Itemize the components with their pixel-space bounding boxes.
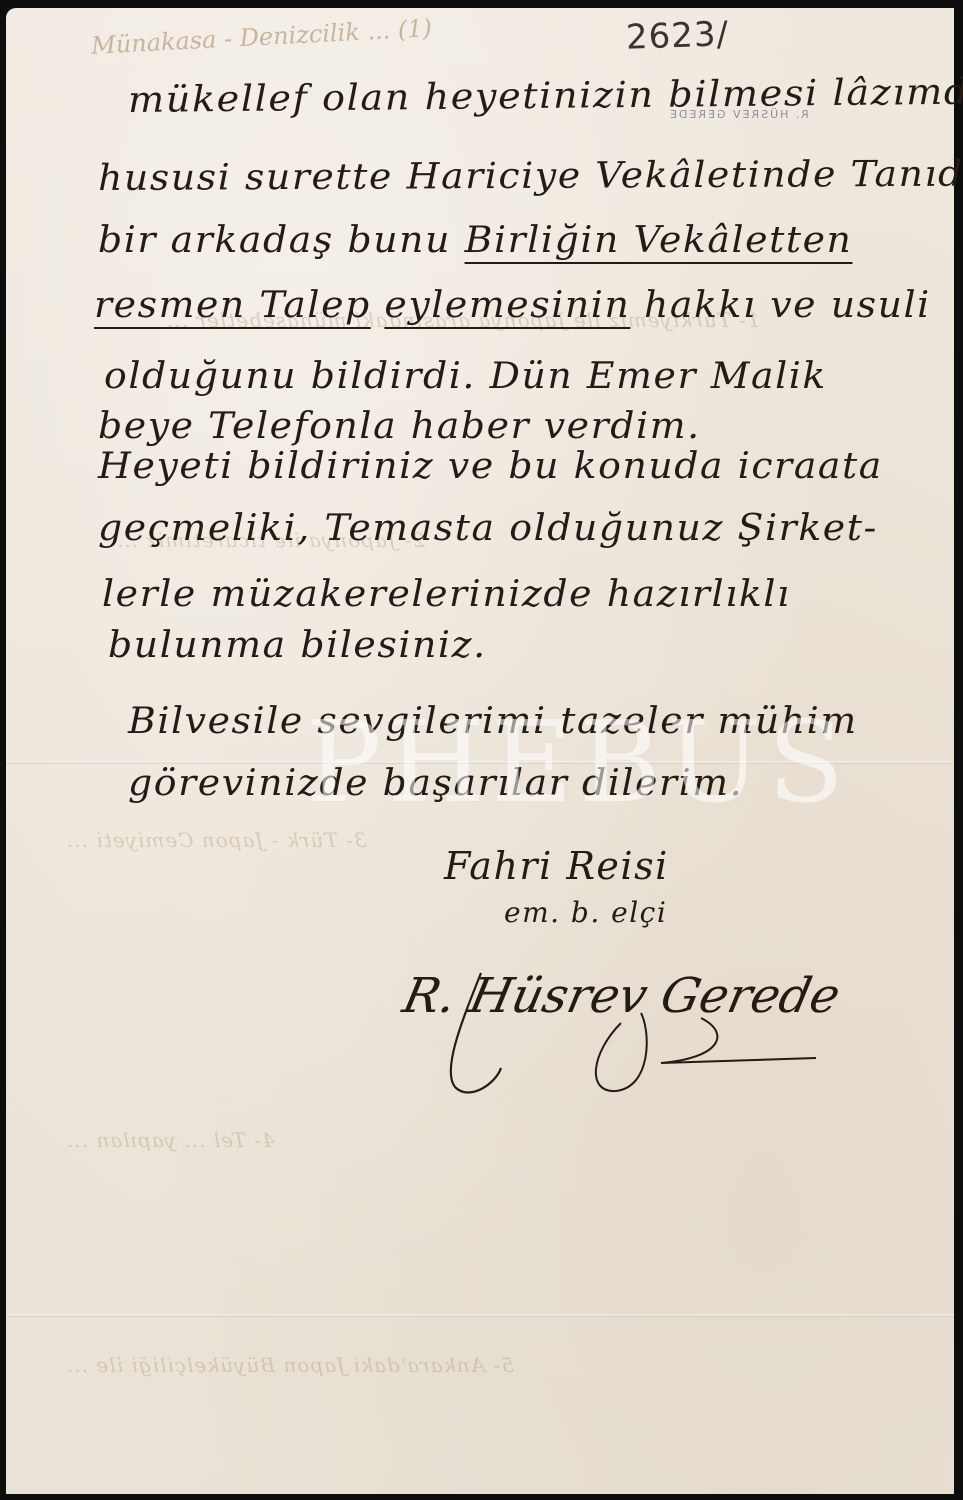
signature-title: Fahri Reisi xyxy=(444,844,669,888)
bleed-through-line: 4- Tel ... yapılan ... xyxy=(66,1128,275,1152)
faded-header-note: Münakasa - Denizcilik ... (1) xyxy=(91,14,433,60)
letter-line: bir arkadaş bunu Birliğin Vekâletten xyxy=(98,220,852,261)
letter-line: lerle müzakerelerinizde hazırlıklı xyxy=(102,574,791,615)
archive-number: 2623/ xyxy=(625,14,729,58)
signature-flourish-icon xyxy=(401,963,821,1103)
letter-line-end: hakkı ve usuli xyxy=(630,285,930,326)
letter-line: mükellef olan heyetinizin bilmesi lâzımd… xyxy=(128,71,963,121)
signature-role: em. b. elçi xyxy=(504,896,667,929)
paper-fold-line xyxy=(6,1314,954,1317)
letter-line: hususi surette Hariciye Vekâletinde Tanı… xyxy=(98,153,963,199)
underlined-text: Birliğin Vekâletten xyxy=(465,220,853,261)
letter-closing-line: görevinizde başarılar dilerim. xyxy=(128,763,743,804)
letter-line: geçmeliki, Temasta olduğunuz Şirket- xyxy=(98,508,878,549)
letter-line: Heyeti bildiriniz ve bu konuda icraata xyxy=(98,446,883,487)
letter-closing-line: Bilvesile sevgilerimi tazeler mühim xyxy=(128,701,858,742)
bleed-through-line: 3- Türk - Japon Cemiyeti ... xyxy=(66,828,367,852)
letter-line: bulunma bilesiniz. xyxy=(108,625,487,666)
letter-line-start: bir arkadaş bunu xyxy=(98,220,465,261)
bleed-through-line: 5- Ankara'daki Japon Büyükelçiliği ile .… xyxy=(66,1353,514,1377)
letter-line: olduğunu bildirdi. Dün Emer Malik xyxy=(104,356,827,397)
underlined-text: resmen Talep xyxy=(94,285,371,326)
letter-page: 1- Türkiyemiz ile Japonya arasındaki mün… xyxy=(6,8,954,1494)
letter-line: beye Telefonla haber verdim. xyxy=(98,406,701,447)
underlined-text: eylemesinin xyxy=(384,285,630,326)
letter-line: resmen Talep eylemesinin hakkı ve usuli xyxy=(94,285,931,326)
